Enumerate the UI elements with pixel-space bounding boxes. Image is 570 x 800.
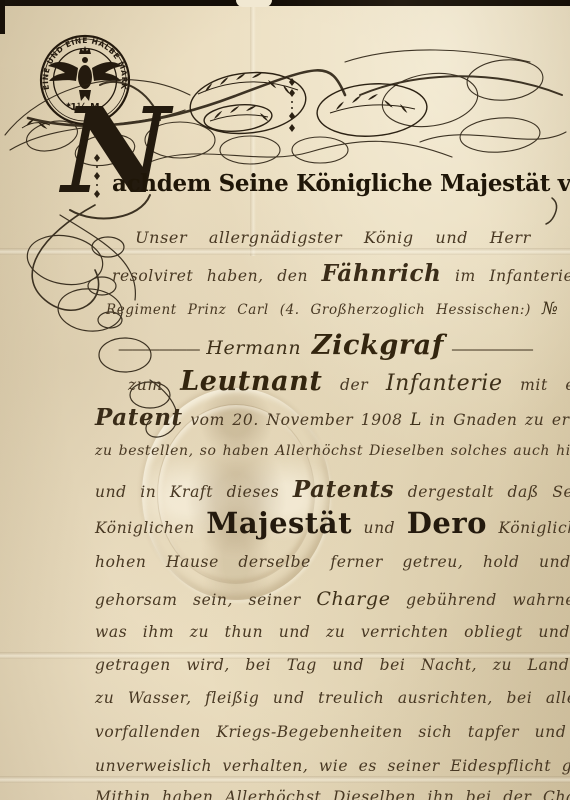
text-segment: zu bestellen, so haben Allerhöchst Diese… <box>95 443 570 459</box>
text-segment: was ihm zu thun und zu verrichten oblieg… <box>95 623 570 641</box>
document-line: Mithin haben Allerhöchst Dieselben ihn b… <box>95 789 570 800</box>
document-line: was ihm zu thun und zu verrichten oblieg… <box>95 624 570 640</box>
text-segment: Königlichen <box>95 519 206 537</box>
text-segment: gebührend wahrnehmen, <box>391 591 570 609</box>
document-line: gehorsam sein, seiner Charge gebührend w… <box>95 590 570 610</box>
document-line: und in Kraft dieses Patents dergestalt d… <box>95 478 570 502</box>
paper-corner-notch <box>236 0 272 7</box>
text-segment: im Infanterie. <box>441 267 570 285</box>
document-line: —————— Hermann Zickgraf —————— <box>118 332 532 360</box>
document-line: Regiment Prinz Carl (4. Großherzoglich H… <box>106 301 570 319</box>
document-photo: EINE UND EINE HALBE MARK ✱ 1½ M <box>0 0 570 800</box>
text-segment: mit einem <box>503 376 570 394</box>
text-segment: resolviret haben, den <box>112 267 322 285</box>
text-segment: Zickgraf <box>312 330 444 361</box>
text-segment: № 118 <box>542 299 570 319</box>
photo-top-edge <box>0 0 570 6</box>
document-line: getragen wird, bei Tag und bei Nacht, zu… <box>95 657 570 673</box>
text-segment: Patent <box>95 404 183 431</box>
document-line: zum Leutnant der Infanterie mit einem <box>128 368 570 396</box>
text-segment: Leutnant <box>180 366 322 397</box>
text-segment: hohen Hause derselbe ferner getreu, hold… <box>95 553 570 571</box>
text-segment: Regiment Prinz Carl (4. Großherzoglich H… <box>106 302 542 318</box>
text-segment: zu Wasser, fleißig und treulich ausricht… <box>95 689 570 707</box>
document-line: zu Wasser, fleißig und treulich ausricht… <box>95 690 570 706</box>
text-segment: und <box>352 519 407 537</box>
text-segment: und in Kraft dieses <box>95 483 293 501</box>
text-segment: —————— <box>444 340 532 358</box>
document-lines: Unser allergnädigster König und Herrreso… <box>0 0 570 800</box>
document-line: hohen Hause derselbe ferner getreu, hold… <box>95 554 570 570</box>
text-segment: vom 20. November 1908 <box>183 411 410 429</box>
text-segment: Infanterie <box>386 371 503 396</box>
document-line: unverweislich verhalten, wie es seiner E… <box>95 758 570 774</box>
text-segment: —————— <box>118 340 206 358</box>
text-segment: dergestalt daß Seiner <box>394 483 570 501</box>
text-segment: L <box>410 410 422 430</box>
text-segment: in Gnaden zu ernennen und <box>422 411 570 429</box>
text-segment: Patents <box>293 476 394 503</box>
text-segment: Charge <box>316 588 390 610</box>
photo-left-edge <box>0 0 5 34</box>
document-line: resolviret haben, den Fähnrich im Infant… <box>112 262 570 286</box>
text-segment: unverweislich verhalten, wie es seiner E… <box>95 757 570 775</box>
text-segment: Mithin haben Allerhöchst Dieselben ihn b… <box>95 788 570 800</box>
text-segment: zum <box>128 376 180 394</box>
document-line: Königlichen Majestät und Dero Königliche… <box>95 508 570 538</box>
text-segment: der <box>322 376 385 394</box>
document-line: Patent vom 20. November 1908 L in Gnaden… <box>95 406 570 430</box>
text-segment: Unser allergnädigster König und Herr <box>135 228 531 247</box>
document-line: zu bestellen, so haben Allerhöchst Diese… <box>95 444 570 459</box>
text-segment: Majestät <box>206 506 352 540</box>
document-line: Unser allergnädigster König und Herr <box>128 230 538 247</box>
text-segment: Hermann <box>206 337 312 359</box>
text-segment: Königlichem <box>487 519 570 537</box>
text-segment: gehorsam sein, seiner <box>95 591 316 609</box>
text-segment: Dero <box>407 506 487 540</box>
text-segment: getragen wird, bei Tag und bei Nacht, zu… <box>95 656 570 674</box>
text-segment: vorfallenden Kriegs-Begebenheiten sich t… <box>95 723 566 741</box>
text-segment: Fähnrich <box>322 260 442 287</box>
document-line: vorfallenden Kriegs-Begebenheiten sich t… <box>95 724 566 740</box>
